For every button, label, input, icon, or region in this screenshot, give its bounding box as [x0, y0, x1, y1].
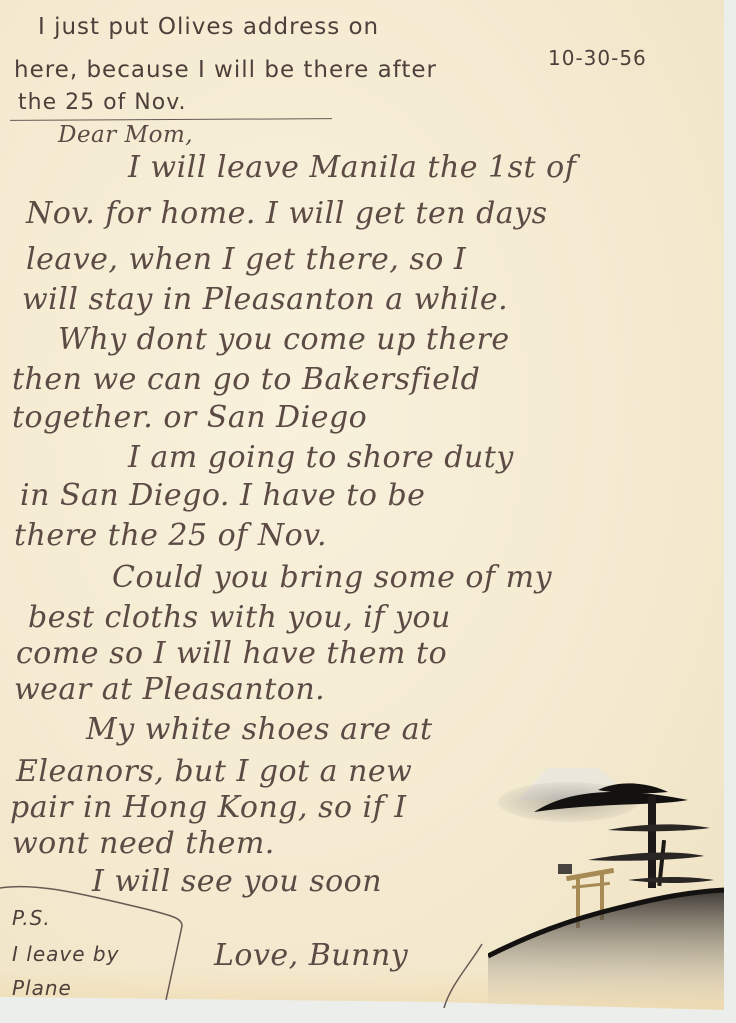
body-line: Eleanors, but I got a new — [16, 754, 412, 789]
salutation: Dear Mom, — [58, 122, 193, 148]
header-note-line-3: the 25 of Nov. — [18, 90, 187, 115]
body-line: Why dont you come up there — [58, 322, 510, 357]
body-line: Nov. for home. I will get ten days — [26, 196, 548, 231]
postscript-line: Plane — [12, 976, 72, 1000]
body-line: will stay in Pleasanton a while. — [22, 282, 508, 317]
body-line: pair in Hong Kong, so if I — [10, 790, 407, 825]
body-line: together. or San Diego — [12, 400, 367, 435]
letter-date: 10-30-56 — [548, 46, 647, 70]
body-line: wear at Pleasanton. — [14, 672, 325, 707]
body-line: then we can go to Bakersfield — [12, 362, 480, 397]
body-line: in San Diego. I have to be — [20, 478, 425, 513]
body-line: there the 25 of Nov. — [14, 518, 327, 553]
header-note-line-1: I just put Olives address on — [38, 14, 379, 40]
body-line: wont need them. — [12, 826, 275, 861]
body-line: I am going to shore duty — [128, 440, 514, 475]
header-note-line-2: here, because I will be there after — [14, 57, 437, 83]
postscript-line: I leave by — [12, 942, 119, 966]
signature-tail-stroke — [430, 940, 490, 1010]
body-line: best cloths with you, if you — [28, 600, 451, 635]
body-line: My white shoes are at — [86, 712, 433, 747]
closing-signature: Love, Bunny — [214, 938, 408, 973]
hillside-wash-icon — [488, 890, 724, 1010]
body-line: I will leave Manila the 1st of — [128, 150, 576, 185]
body-line: leave, when I get there, so I — [26, 242, 466, 277]
body-line: come so I will have them to — [16, 636, 447, 671]
postscript-line: P.S. — [12, 906, 51, 930]
ink-painting-illustration — [488, 760, 724, 1010]
body-line: Could you bring some of my — [112, 560, 552, 595]
